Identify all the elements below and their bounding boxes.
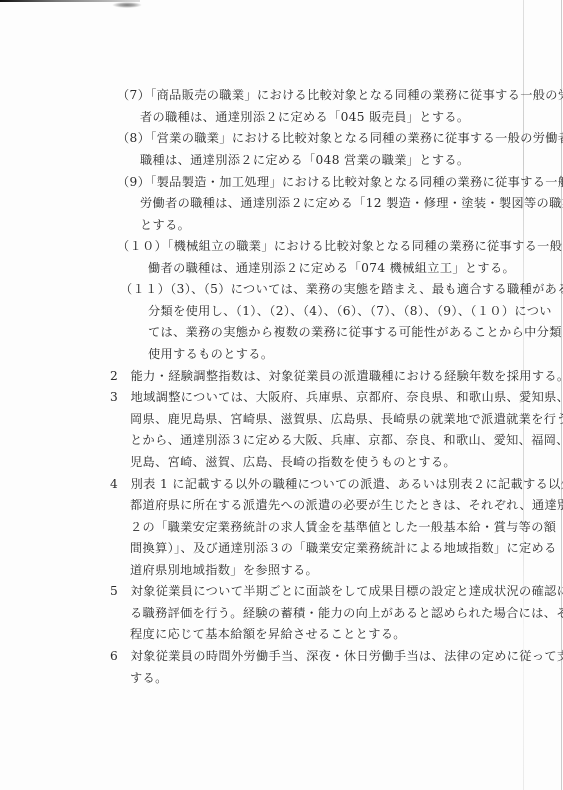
paragraph-5-line-2: る職務評価を行う。経験の蓄積・能力の向上があると認められた場合には、その	[130, 606, 563, 620]
item-11-line-4: 使用するものとする。	[148, 347, 273, 361]
paragraph-3-line-4: 児島、宮崎、滋賀、広島、長崎の指数を使うものとする。	[130, 455, 456, 469]
item-9-line-1: （9）「製品製造・加工処理」における比較対象となる同種の業務に従事する一般の	[117, 175, 563, 189]
item-7-line-1: （7）「商品販売の職業」における比較対象となる同種の業務に従事する一般の労働	[117, 88, 563, 102]
item-11-line-2: 分類を使用し、（1）、（2）、（4）、（6）、（7）、（8）、（9）、（１０）に…	[148, 304, 552, 318]
item-11-line-3: ては、業務の実態から複数の業務に従事する可能性があることから中分類を	[148, 325, 563, 339]
item-10-line-2: 働者の職種は、通達別添２に定める「074 機械組立工」とする。	[148, 261, 515, 275]
paragraph-5-line-3: 程度に応じて基本給額を昇給させることとする。	[130, 627, 406, 641]
item-8-line-1: （8）「営業の職業」における比較対象となる同種の業務に従事する一般の労働者の	[117, 131, 563, 145]
item-11-line-1: （１１）（3）、（5）については、業務の実態を踏まえ、最も適合する職種がある小	[120, 282, 563, 296]
scan-smudge	[112, 2, 142, 8]
item-7-line-2: 者の職種は、通達別添２に定める「045 販売員」とする。	[140, 110, 469, 124]
item-9-line-2: 労働者の職種は、通達別添２に定める「12 製造・修理・塗装・製図等の職業」	[140, 196, 563, 210]
paragraph-4-line-2: 都道府県に所在する派遣先への派遣の必要が生じたときは、それぞれ、通達別添	[130, 498, 563, 512]
item-9-line-3: とする。	[140, 218, 190, 232]
paragraph-5-line-1: 5 対象従業員について半期ごとに面談をして成果目標の設定と達成状況の確認によ	[110, 584, 563, 598]
paragraph-4-line-1: 4 別表 1 に記載する以外の職種についての派遣、あるいは別表２に記載する以外の	[110, 477, 563, 491]
paragraph-6-line-1: 6 対象従業員の時間外労働手当、深夜・休日労働手当は、法律の定めに従って支給	[110, 649, 563, 663]
paragraph-6-line-2: する。	[130, 671, 168, 685]
paragraph-2: 2 能力・経験調整指数は、対象従業員の派遣職種における経験年数を採用する。	[110, 369, 563, 383]
paragraph-4-line-4: 間換算）」、及び通達別添３の「職業安定業務統計による地域指数」に定める「都	[130, 541, 563, 555]
paragraph-4-line-3: ２の「職業安定業務統計の求人賃金を基準値とした一般基本給・賞与等の額（時	[130, 520, 563, 534]
paragraph-4-line-5: 道府県別地域指数」を参照する。	[130, 563, 318, 577]
item-10-line-1: （１０）「機械組立の職業」における比較対象となる同種の業務に従事する一般の労	[117, 239, 563, 253]
paragraph-3-line-1: 3 地域調整については、大阪府、兵庫県、京都府、奈良県、和歌山県、愛知県、福	[110, 390, 563, 404]
item-8-line-2: 職種は、通達別添２に定める「048 営業の職業」とする。	[140, 153, 469, 167]
paragraph-3-line-2: 岡県、鹿児島県、宮崎県、滋賀県、広島県、長崎県の就業地で派遣就業を行うこ	[130, 412, 563, 426]
paragraph-3-line-3: とから、通達別添３に定める大阪、兵庫、京都、奈良、和歌山、愛知、福岡、鹿	[130, 433, 563, 447]
